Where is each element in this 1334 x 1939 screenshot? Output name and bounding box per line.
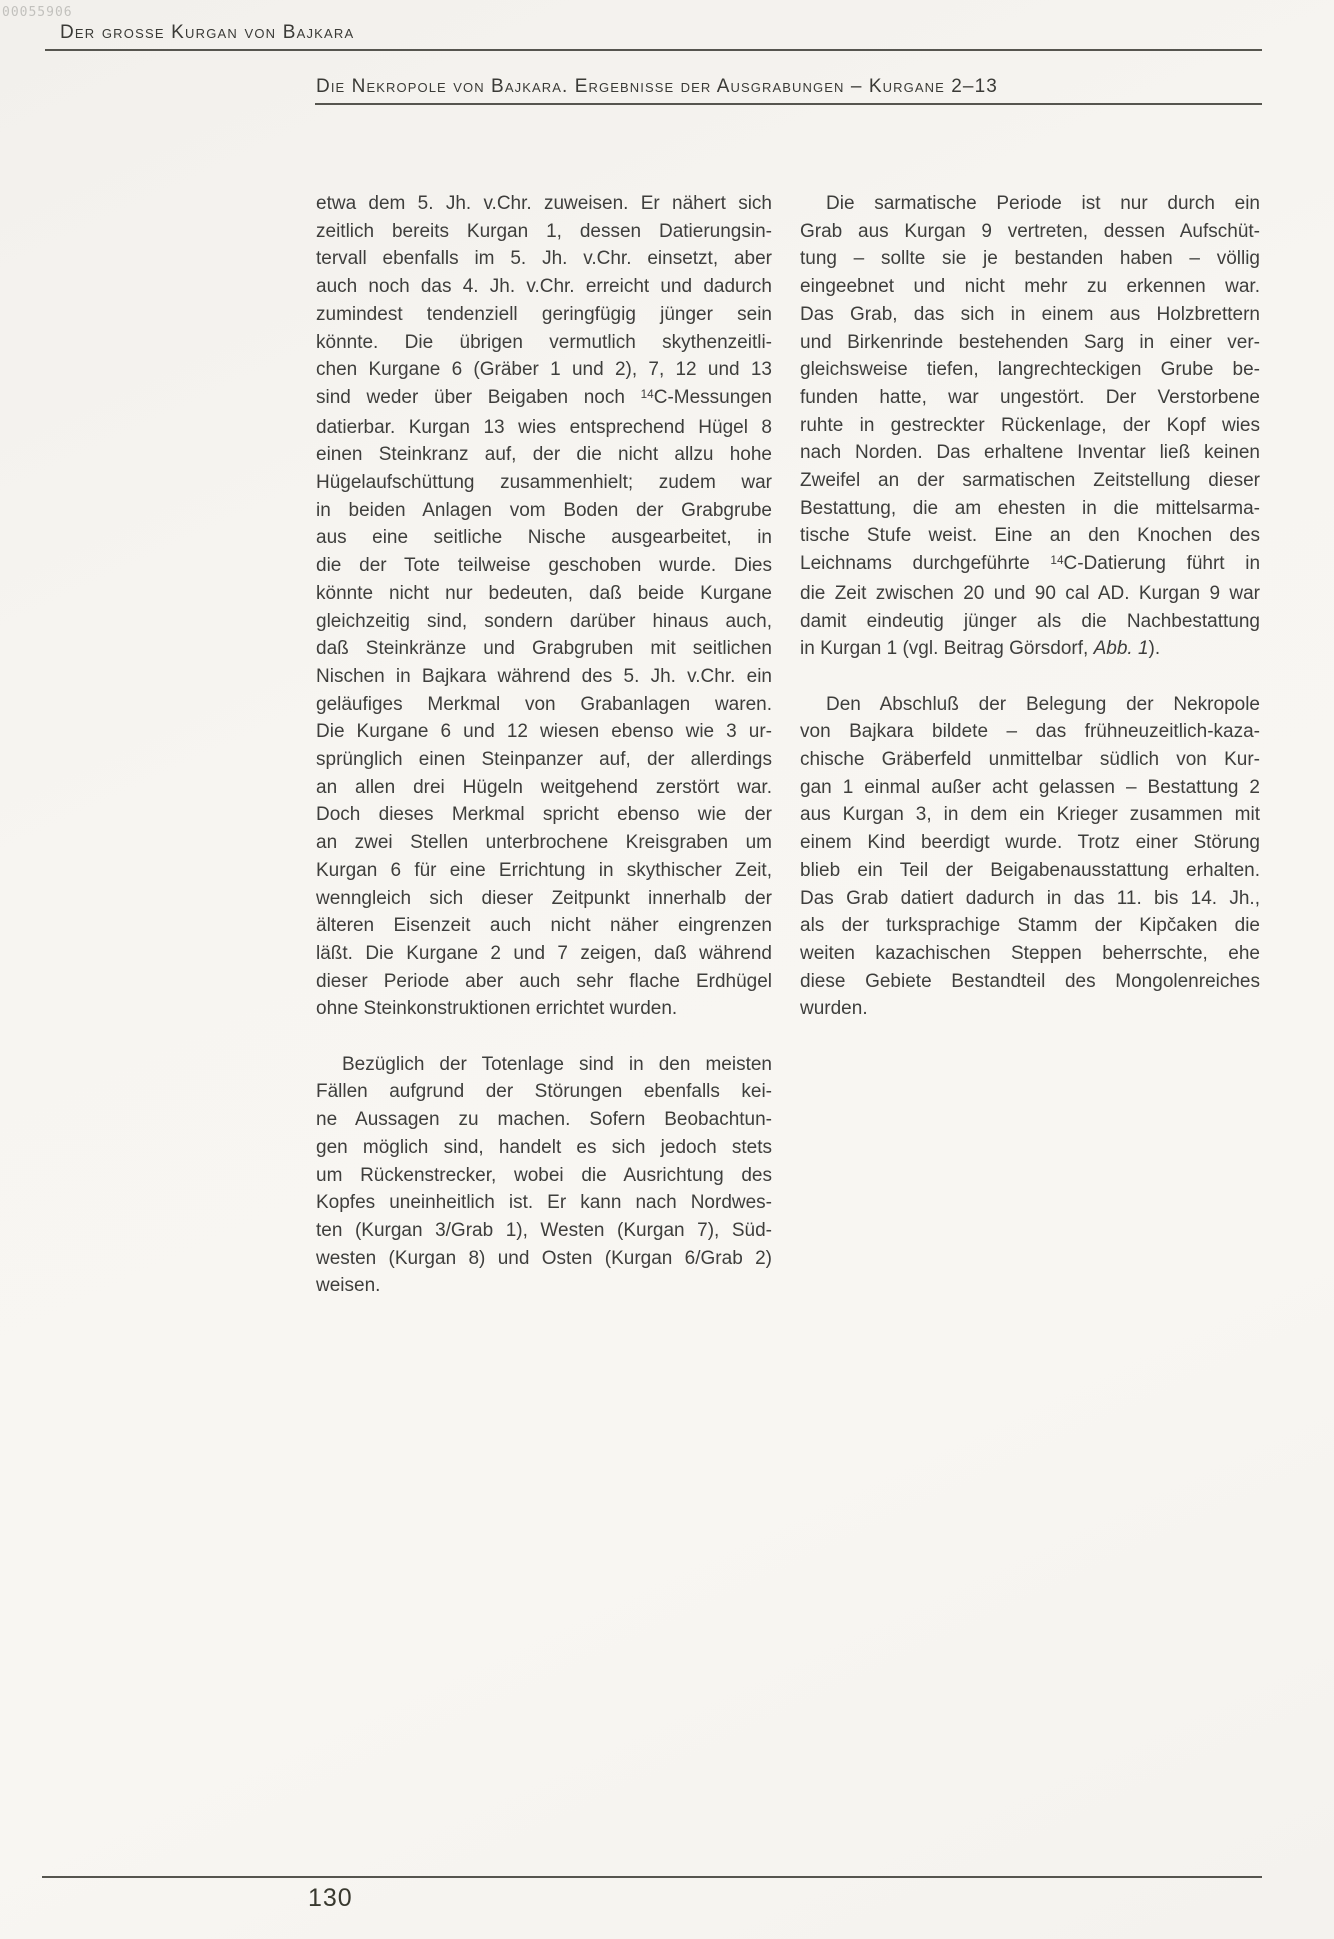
text-line: Hügelaufschüttung zusammenhielt; zudem w… [316, 469, 772, 497]
text-line: tervall ebenfalls im 5. Jh. v.Chr. einse… [316, 245, 772, 273]
text-line: zeitlich bereits Kurgan 1, dessen Datier… [316, 218, 772, 246]
text-line: und Birkenrinde bestehenden Sarg in eine… [800, 329, 1260, 357]
text-line: weisen. [316, 1272, 772, 1300]
text-line: Leichnams durchgeführte 14C-Datierung fü… [800, 550, 1260, 580]
text-line: dieser Periode aber auch sehr flache Erd… [316, 968, 772, 996]
text-line: in beiden Anlagen vom Boden der Grabgrub… [316, 497, 772, 525]
text-line: Bezüglich der Totenlage sind in den meis… [316, 1051, 772, 1079]
text-line: einen Steinkranz auf, der die nicht allz… [316, 441, 772, 469]
text-line: wenngleich sich dieser Zeitpunkt innerha… [316, 885, 772, 913]
text-line: einem Kind beerdigt wurde. Trotz einer S… [800, 829, 1260, 857]
text-line: diese Gebiete Bestandteil des Mongolenre… [800, 968, 1260, 996]
text-line: gen möglich sind, handelt es sich jedoch… [316, 1134, 772, 1162]
text-line: Das Grab, das sich in einem aus Holzbret… [800, 301, 1260, 329]
text-line: um Rückenstrecker, wobei die Ausrichtung… [316, 1162, 772, 1190]
text-line: von Bajkara bildete – das frühneuzeitlic… [800, 718, 1260, 746]
text-line: aus Kurgan 3, in dem ein Krieger zusamme… [800, 801, 1260, 829]
paragraph: Bezüglich der Totenlage sind in den meis… [316, 1051, 772, 1300]
text-line: weiten kazachischen Steppen beherrschte,… [800, 940, 1260, 968]
chapter-heading-rule [315, 103, 1262, 105]
text-line: Grab aus Kurgan 9 vertreten, dessen Aufs… [800, 218, 1260, 246]
text-line: tung – sollte sie je bestanden haben – v… [800, 245, 1260, 273]
running-head: Der grosse Kurgan von Bajkara [60, 22, 354, 44]
text-line: zumindest tendenziell geringfügig jünger… [316, 301, 772, 329]
text-line: auch noch das 4. Jh. v.Chr. erreicht und… [316, 273, 772, 301]
paragraph: Die sarmatische Periode ist nur durch ei… [800, 190, 1260, 663]
text-line: Doch dieses Merkmal spricht ebenso wie d… [316, 801, 772, 829]
text-line: funden hatte, war ungestört. Der Verstor… [800, 384, 1260, 412]
text-line: westen (Kurgan 8) und Osten (Kurgan 6/Gr… [316, 1245, 772, 1273]
page-number: 130 [308, 1884, 353, 1913]
text-column-right: Die sarmatische Periode ist nur durch ei… [800, 190, 1260, 1300]
text-line: chen Kurgane 6 (Gräber 1 und 2), 7, 12 u… [316, 356, 772, 384]
text-line: Die sarmatische Periode ist nur durch ei… [800, 190, 1260, 218]
text-line: aus eine seitliche Nische ausgearbeitet,… [316, 524, 772, 552]
scan-number: 00055906 [2, 5, 73, 20]
text-line: ten (Kurgan 3/Grab 1), Westen (Kurgan 7)… [316, 1217, 772, 1245]
text-line: könnte. Die übrigen vermutlich skythenze… [316, 329, 772, 357]
text-line: Bestattung, die am ehesten in die mittel… [800, 495, 1260, 523]
text-line: damit eindeutig jünger als die Nachbesta… [800, 608, 1260, 636]
text-line: Nischen in Bajkara während des 5. Jh. v.… [316, 663, 772, 691]
text-line: chische Gräberfeld unmittelbar südlich v… [800, 746, 1260, 774]
text-line: sprünglich einen Steinpanzer auf, der al… [316, 746, 772, 774]
text-column-left: etwa dem 5. Jh. v.Chr. zuweisen. Er nähe… [316, 190, 772, 1300]
text-line: ohne Steinkonstruktionen errichtet wurde… [316, 995, 772, 1023]
footer-rule [42, 1876, 1262, 1878]
text-line: in Kurgan 1 (vgl. Beitrag Görsdorf, Abb.… [800, 635, 1260, 663]
text-line: ne Aussagen zu machen. Sofern Beobachtun… [316, 1106, 772, 1134]
text-line: geläufiges Merkmal von Grabanlagen waren… [316, 691, 772, 719]
text-line: Zweifel an der sarmatischen Zeitstellung… [800, 467, 1260, 495]
text-line: die der Tote teilweise geschoben wurde. … [316, 552, 772, 580]
text-line: gleichzeitig sind, sondern darüber hinau… [316, 608, 772, 636]
text-line: läßt. Die Kurgane 2 und 7 zeigen, daß wä… [316, 940, 772, 968]
text-line: Kurgan 6 für eine Errichtung in skythisc… [316, 857, 772, 885]
text-line: ruhte in gestreckter Rückenlage, der Kop… [800, 412, 1260, 440]
text-line: etwa dem 5. Jh. v.Chr. zuweisen. Er nähe… [316, 190, 772, 218]
text-line: Die Kurgane 6 und 12 wiesen ebenso wie 3… [316, 718, 772, 746]
text-line: Das Grab datiert dadurch in das 11. bis … [800, 885, 1260, 913]
paragraph: Den Abschluß der Belegung der Nekropolev… [800, 691, 1260, 1023]
text-line: Den Abschluß der Belegung der Nekropole [800, 691, 1260, 719]
paragraph: etwa dem 5. Jh. v.Chr. zuweisen. Er nähe… [316, 190, 772, 1023]
text-columns: etwa dem 5. Jh. v.Chr. zuweisen. Er nähe… [316, 190, 1260, 1300]
scanned-page: 00055906 Der grosse Kurgan von Bajkara D… [0, 0, 1334, 1939]
chapter-heading: Die Nekropole von Bajkara. Ergebnisse de… [316, 76, 998, 98]
text-line: an zwei Stellen unterbrochene Kreisgrabe… [316, 829, 772, 857]
running-head-rule [45, 49, 1262, 51]
text-line: gan 1 einmal außer acht gelassen – Besta… [800, 774, 1260, 802]
text-line: nach Norden. Das erhaltene Inventar ließ… [800, 439, 1260, 467]
text-line: blieb ein Teil der Beigabenausstattung e… [800, 857, 1260, 885]
text-line: als der turksprachige Stamm der Kipčaken… [800, 912, 1260, 940]
text-line: gleichsweise tiefen, langrechteckigen Gr… [800, 356, 1260, 384]
text-line: an allen drei Hügeln weitgehend zerstört… [316, 774, 772, 802]
text-line: wurden. [800, 995, 1260, 1023]
text-line: die Zeit zwischen 20 und 90 cal AD. Kurg… [800, 580, 1260, 608]
text-line: Kopfes uneinheitlich ist. Er kann nach N… [316, 1189, 772, 1217]
text-line: älteren Eisenzeit auch nicht näher eingr… [316, 912, 772, 940]
text-line: könnte nicht nur bedeuten, daß beide Kur… [316, 580, 772, 608]
text-line: daß Steinkränze und Grabgruben mit seitl… [316, 635, 772, 663]
text-line: eingeebnet und nicht mehr zu erkennen wa… [800, 273, 1260, 301]
text-line: sind weder über Beigaben noch 14C-Messun… [316, 384, 772, 414]
text-line: datierbar. Kurgan 13 wies entsprechend H… [316, 414, 772, 442]
text-line: tische Stufe weist. Eine an den Knochen … [800, 522, 1260, 550]
text-line: Fällen aufgrund der Störungen ebenfalls … [316, 1078, 772, 1106]
